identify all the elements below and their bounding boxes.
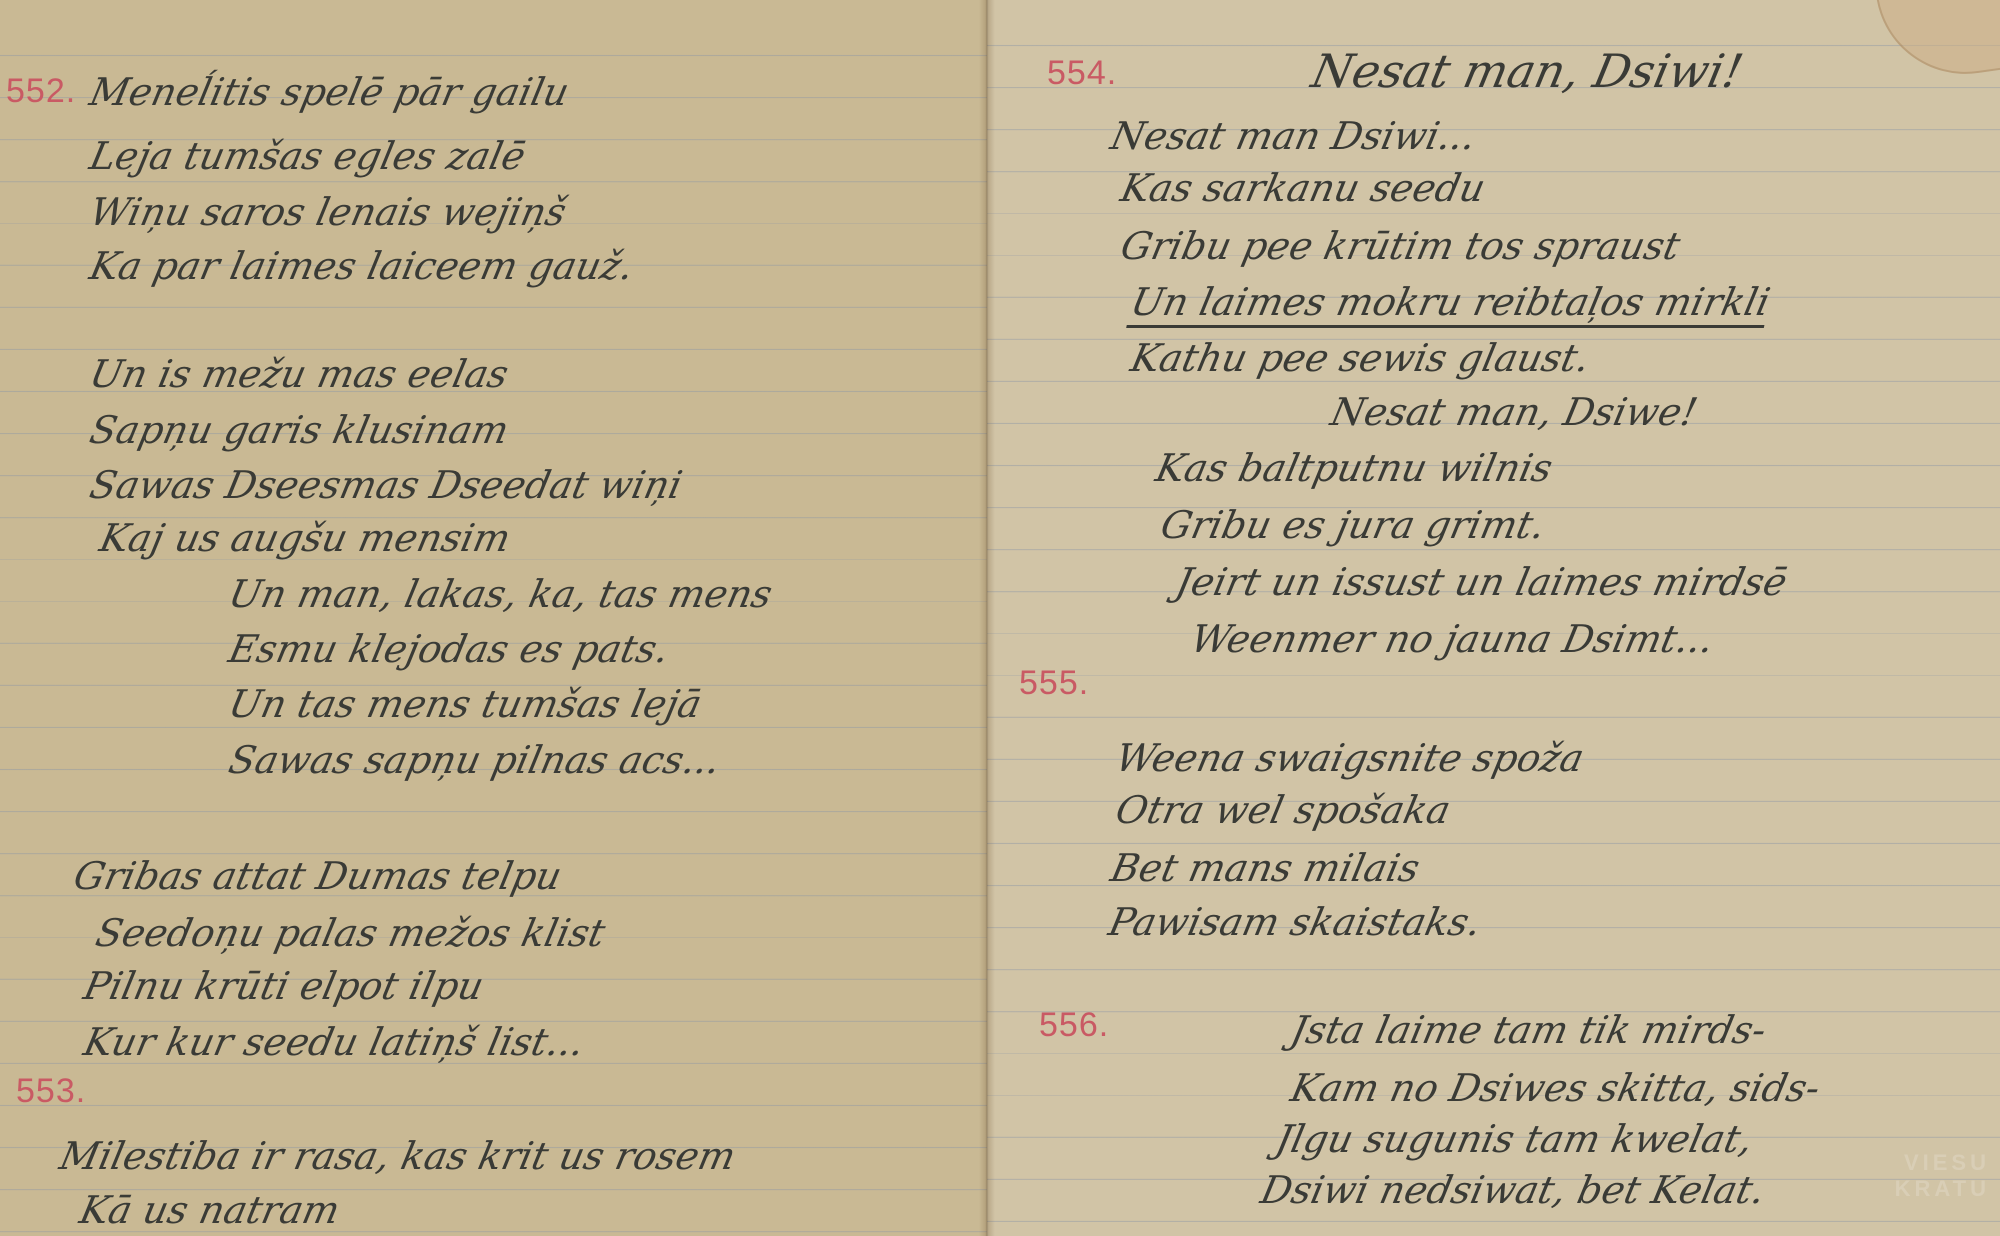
- left-page: 552. Meneĺitis spelē pār gailu Leja tumš…: [0, 0, 987, 1236]
- poem-subtitle: Nesat man, Dsiwe!: [1327, 390, 1701, 434]
- notebook-spine: [979, 0, 995, 1236]
- entry-number: 554.: [1047, 54, 1117, 93]
- poem-line: Pawisam skaistaks.: [1105, 900, 1485, 944]
- poem-line: Wiņu saros lenais wejiņš: [86, 190, 570, 234]
- poem-line: Kathu pee sewis glaust.: [1127, 336, 1594, 380]
- entry-number: 556.: [1039, 1006, 1109, 1045]
- poem-line: Jsta laime tam tik mirds-: [1287, 1008, 1770, 1052]
- poem-line: Weenmer no jauna Dsimt...: [1187, 617, 1718, 661]
- poem-line: Gribu es jura grimt.: [1157, 503, 1549, 547]
- poem-line-indented: Esmu klejodas es pats.: [225, 627, 673, 671]
- poem-line: Bet mans milais: [1107, 846, 1424, 890]
- poem-line: Seedoņu palas mežos klist: [92, 911, 609, 955]
- poem-line: Gribu pee krūtim tos spraust: [1117, 224, 1684, 268]
- poem-line: Milestiba ir rasa, kas krit us rosem: [56, 1134, 740, 1178]
- poem-line-indented: Sawas sapņu pilnas acs...: [225, 738, 724, 782]
- notebook-spread: 552. Meneĺitis spelē pār gailu Leja tumš…: [0, 0, 2000, 1236]
- poem-line-indented: Un tas mens tumšas lejā: [225, 682, 706, 726]
- right-page: 554. Nesat man, Dsiwi! Nesat man Dsiwi..…: [987, 0, 2000, 1236]
- poem-line: Leja tumšas egles zalē: [86, 134, 529, 178]
- poem-line: Gribas attat Dumas telpu: [70, 854, 566, 898]
- poem-line-indented: Un man, lakas, ka, tas mens: [225, 572, 776, 616]
- entry-number: 555.: [1019, 664, 1089, 703]
- poem-line: Kaj us augšu mensim: [96, 516, 515, 560]
- entry-number: 552.: [6, 72, 76, 111]
- poem-line: Kas sarkanu seedu: [1117, 166, 1489, 210]
- poem-line: Sapņu garis klusinam: [86, 408, 513, 452]
- poem-line: Kam no Dsiwes skitta, sids-: [1287, 1066, 1824, 1110]
- poem-line: Nesat man Dsiwi...: [1107, 114, 1480, 158]
- poem-title: Nesat man, Dsiwi!: [1307, 44, 1748, 98]
- poem-line: Meneĺitis spelē pār gailu: [86, 70, 573, 114]
- entry-number: 553.: [16, 1072, 86, 1111]
- poem-line: Pilnu krūti elpot ilpu: [80, 964, 488, 1008]
- poem-line: Ka par laimes laiceem gauž.: [86, 244, 638, 288]
- poem-line: Kā us natram: [76, 1188, 344, 1232]
- poem-line: Jlgu sugunis tam kwelat,: [1272, 1117, 1757, 1161]
- poem-line: Sawas Dseesmas Dseedat wiņi: [86, 463, 686, 507]
- poem-line: Weena swaigsnite spoža: [1112, 736, 1588, 780]
- poem-line-underlined: Un laimes mokru reibtaļos mirkli: [1127, 280, 1774, 324]
- poem-line: Otra wel spošaka: [1112, 788, 1454, 832]
- poem-line: Dsiwi nedsiwat, bet Kelat.: [1257, 1168, 1769, 1212]
- poem-line: Kas baltputnu wilnis: [1152, 446, 1556, 490]
- poem-line: Un is mežu mas eelas: [86, 352, 512, 396]
- poem-line: Jeirt un issust un laimes mirdsē: [1172, 560, 1791, 604]
- poem-line: Kur kur seedu latiņš list...: [80, 1020, 588, 1064]
